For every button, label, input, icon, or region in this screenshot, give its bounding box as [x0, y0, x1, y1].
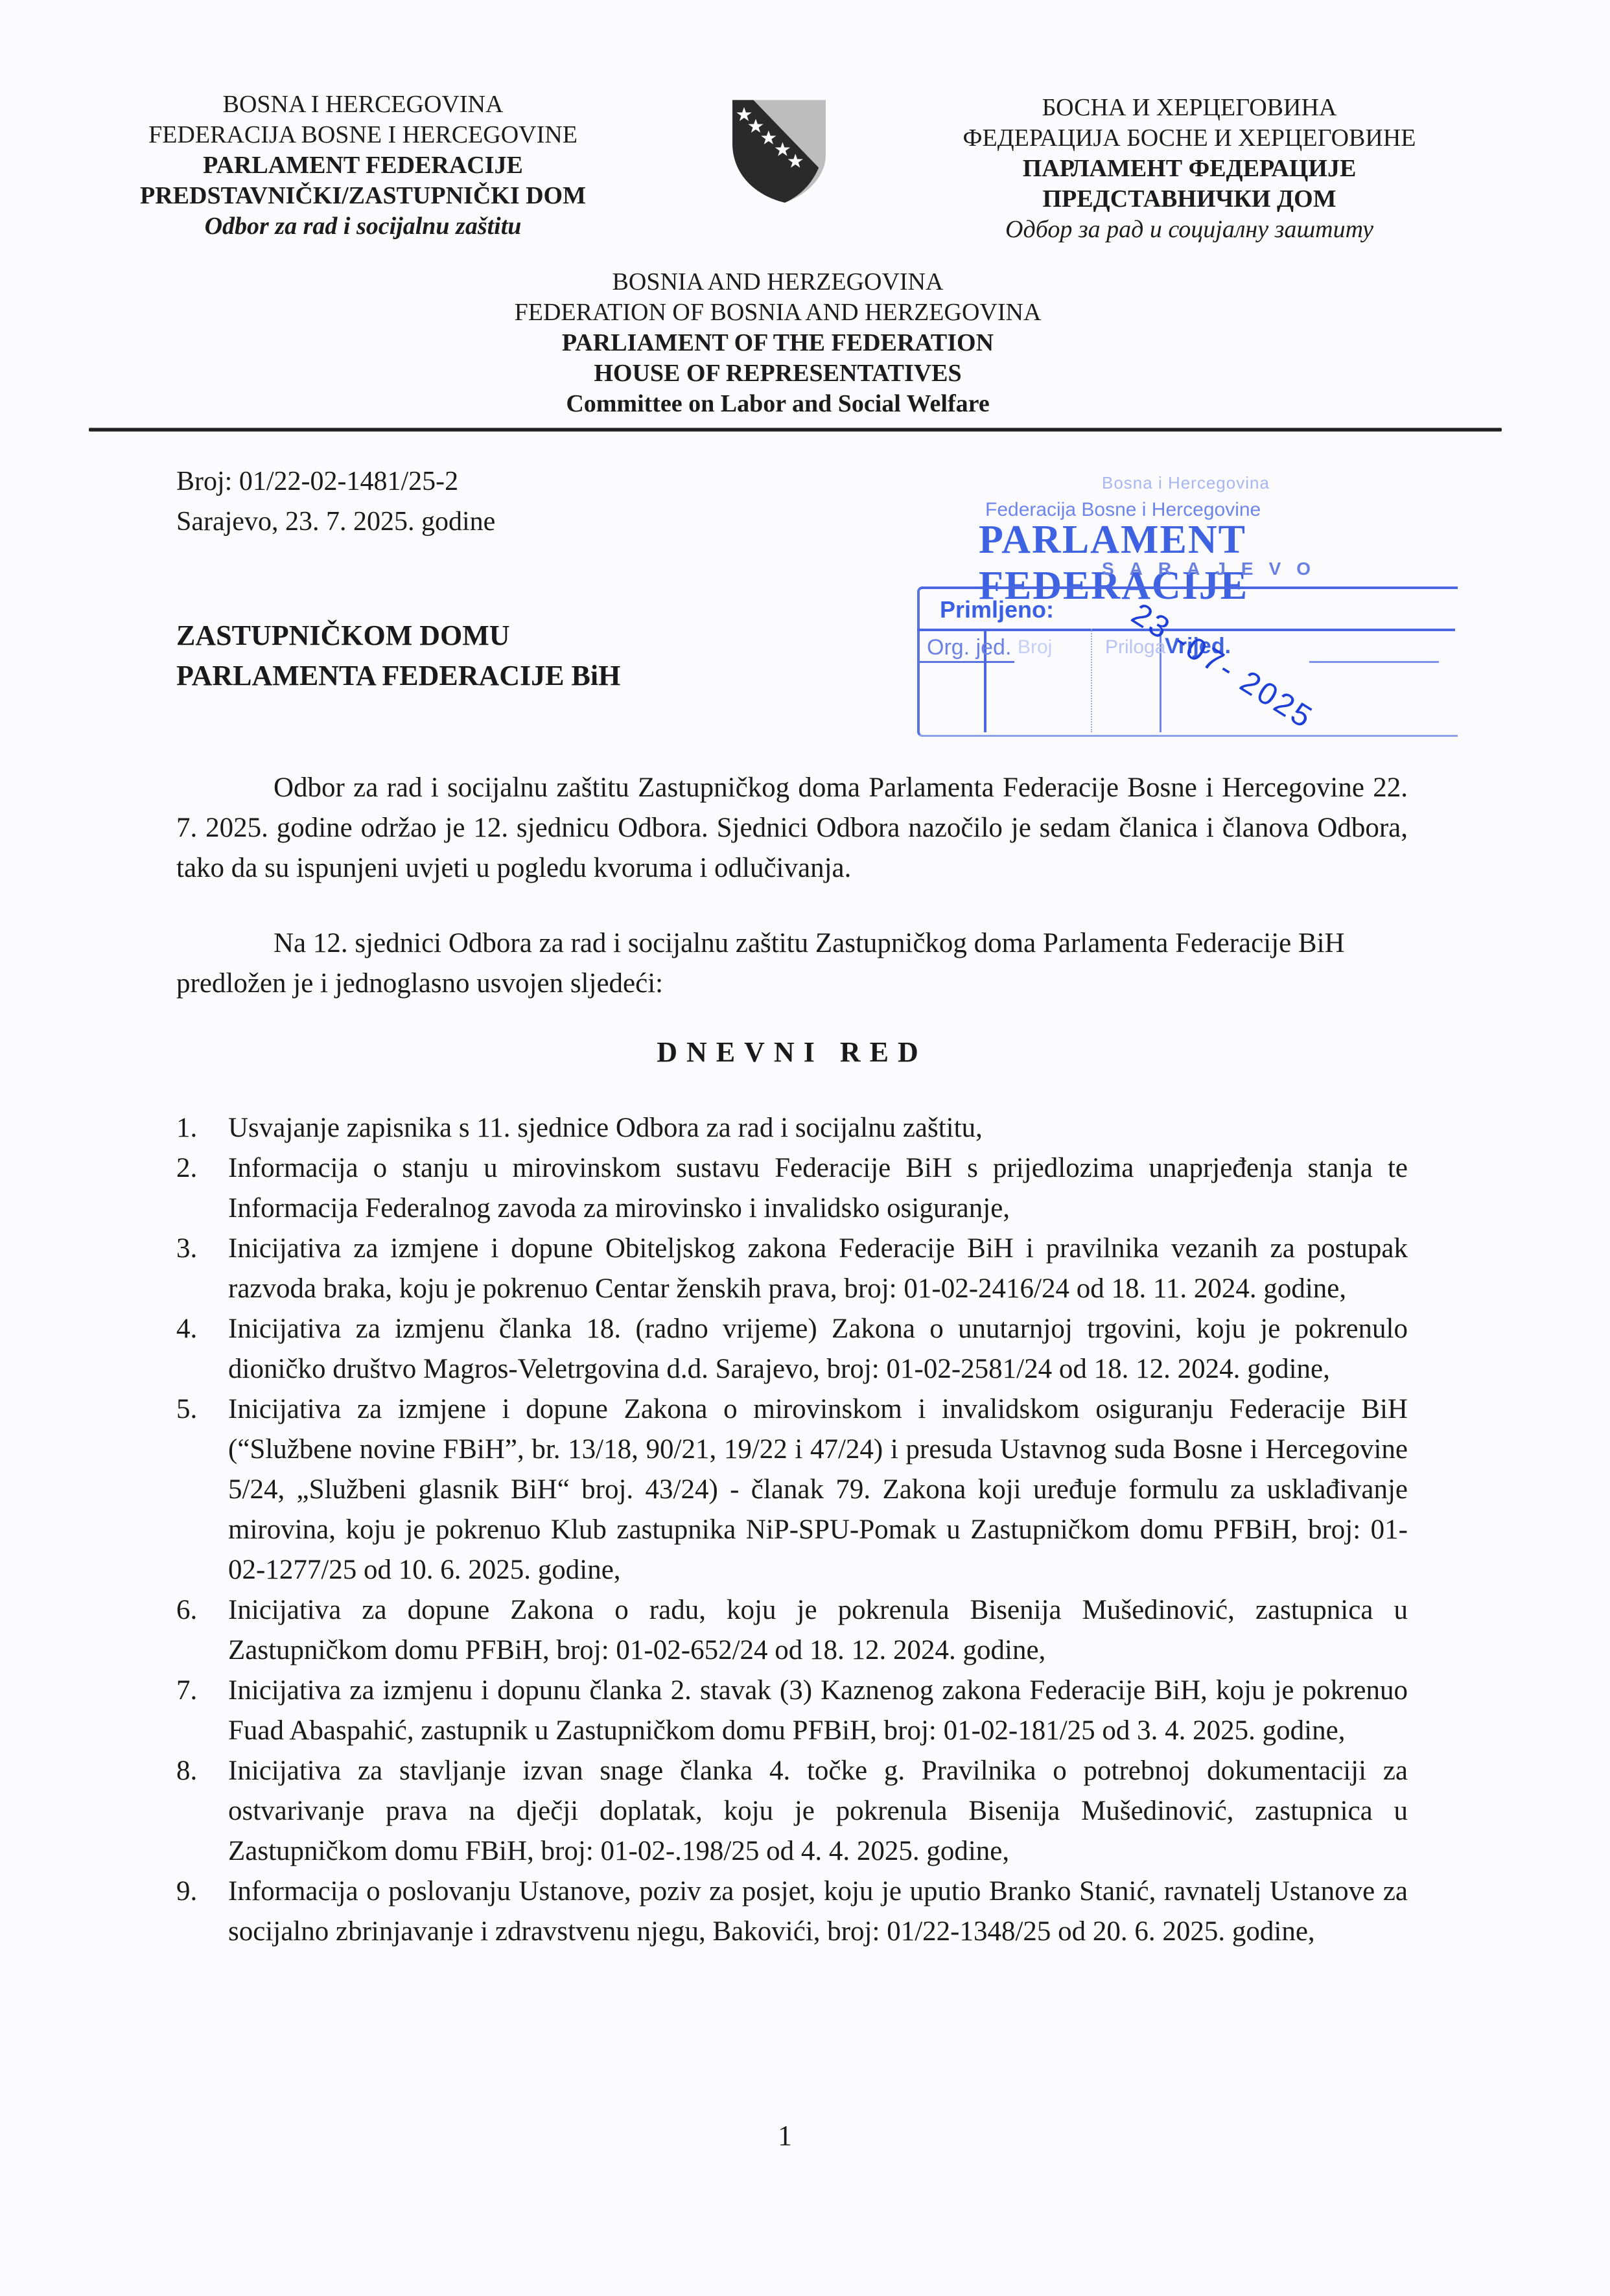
letterhead-country-en: BOSNIA AND HERZEGOVINA — [415, 267, 1141, 297]
stamp-country: Bosna i Hercegovina — [1102, 473, 1270, 493]
agenda-item-number: 9. — [176, 1872, 197, 1912]
received-stamp: Bosna i Hercegovina Federacija Bosne i H… — [907, 467, 1465, 739]
letterhead-committee-en: Committee on Labor and Social Welfare — [415, 389, 1141, 419]
addressee: ZASTUPNIČKOM DOMU PARLAMENTA FEDERACIJE … — [176, 616, 620, 696]
header-divider — [89, 428, 1502, 432]
agenda-title: DNEVNI RED — [176, 1036, 1408, 1069]
letterhead-house: PREDSTAVNIČKI/ZASTUPNIČKI DOM — [97, 181, 629, 211]
page-number: 1 — [778, 2119, 792, 2152]
letterhead-country-cyr: БОСНА И ХЕРЦЕГОВИНА — [914, 93, 1465, 123]
letterhead-latin: BOSNA I HERCEGOVINA FEDERACIJA BOSNE I H… — [97, 89, 629, 242]
letterhead-committee: Odbor za rad i socijalnu zaštitu — [97, 211, 629, 242]
reference-number: Broj: 01/22-02-1481/25-2 — [176, 461, 495, 502]
agenda-item-text: Inicijativa za izmjene i dopune Zakona o… — [228, 1394, 1408, 1585]
agenda-item: 5.Inicijativa za izmjene i dopune Zakona… — [176, 1389, 1408, 1590]
agenda-item-number: 6. — [176, 1590, 197, 1630]
agenda-item: 9.Informacija o poslovanju Ustanove, poz… — [176, 1872, 1408, 1952]
agenda-item-text: Inicijativa za izmjenu i dopunu članka 2… — [228, 1675, 1408, 1746]
letterhead-english: BOSNIA AND HERZEGOVINA FEDERATION OF BOS… — [415, 267, 1141, 419]
agenda-item-number: 5. — [176, 1389, 197, 1430]
letterhead-parliament: PARLAMENT FEDERACIJE — [97, 150, 629, 181]
letterhead-house-en: HOUSE OF REPRESENTATIVES — [415, 358, 1141, 389]
letterhead-house-cyr: ПРЕДСТАВНИЧКИ ДОМ — [914, 184, 1465, 215]
stamp-city: SARAJEVO — [1102, 559, 1326, 579]
letterhead-parliament-en: PARLIAMENT OF THE FEDERATION — [415, 328, 1141, 358]
agenda-item-number: 1. — [176, 1108, 197, 1148]
addressee-line1: ZASTUPNIČKOM DOMU — [176, 616, 620, 656]
agenda-item: 8.Inicijativa za stavljanje izvan snage … — [176, 1751, 1408, 1872]
agenda-item: 6.Inicijativa za dopune Zakona o radu, k… — [176, 1590, 1408, 1671]
letterhead-federation-en: FEDERATION OF BOSNIA AND HERZEGOVINA — [415, 297, 1141, 328]
agenda-intro-paragraph: Na 12. sjednici Odbora za rad i socijaln… — [176, 923, 1408, 1004]
agenda-item-text: Inicijativa za izmjenu članka 18. (radno… — [228, 1314, 1408, 1384]
agenda-item-text: Inicijativa za izmjene i dopune Obiteljs… — [228, 1233, 1408, 1304]
agenda-list: 1.Usvajanje zapisnika s 11. sjednice Odb… — [176, 1108, 1408, 1952]
agenda-item-number: 3. — [176, 1229, 197, 1269]
document-meta: Broj: 01/22-02-1481/25-2 Sarajevo, 23. 7… — [176, 461, 495, 542]
agenda-item: 3.Inicijativa za izmjene i dopune Obitel… — [176, 1229, 1408, 1309]
intro-paragraph: Odbor za rad i socijalnu zaštitu Zastupn… — [176, 768, 1408, 888]
agenda-item: 4.Inicijativa za izmjenu članka 18. (rad… — [176, 1309, 1408, 1389]
stamp-col-divider — [1091, 629, 1092, 732]
letterhead-parliament-cyr: ПАРЛАМЕНТ ФЕДЕРАЦИЈЕ — [914, 154, 1465, 184]
addressee-line2: PARLAMENTA FEDERACIJE BiH — [176, 656, 620, 696]
agenda-item-text: Informacija o poslovanju Ustanove, poziv… — [228, 1876, 1408, 1947]
agenda-item: 1.Usvajanje zapisnika s 11. sjednice Odb… — [176, 1108, 1408, 1148]
stamp-row-divider — [917, 661, 1014, 663]
stamp-col-org: Org. jed. — [927, 635, 1011, 660]
agenda-item-number: 2. — [176, 1148, 197, 1189]
agenda-item: 2.Informacija o stanju u mirovinskom sus… — [176, 1148, 1408, 1229]
letterhead-federation: FEDERACIJA BOSNE I HERCEGOVINE — [97, 120, 629, 150]
agenda-item-number: 8. — [176, 1751, 197, 1791]
agenda-item-number: 4. — [176, 1309, 197, 1349]
stamp-row-divider — [1309, 661, 1439, 663]
stamp-received-label: Primljeno: — [940, 596, 1054, 623]
agenda-item-text: Inicijativa za dopune Zakona o radu, koj… — [228, 1595, 1408, 1665]
agenda-item: 7.Inicijativa za izmjenu i dopunu članka… — [176, 1671, 1408, 1751]
agenda-item-text: Informacija o stanju u mirovinskom susta… — [228, 1153, 1408, 1223]
letterhead-cyrillic: БОСНА И ХЕРЦЕГОВИНА ФЕДЕРАЦИЈА БОСНЕ И Х… — [914, 93, 1465, 245]
document-date: Sarajevo, 23. 7. 2025. godine — [176, 502, 495, 542]
letterhead-federation-cyr: ФЕДЕРАЦИЈА БОСНЕ И ХЕРЦЕГОВИНЕ — [914, 123, 1465, 154]
letterhead-committee-cyr: Одбор за рад и социјалну заштиту — [914, 215, 1465, 245]
agenda-item-text: Usvajanje zapisnika s 11. sjednice Odbor… — [228, 1113, 983, 1143]
stamp-col-broj: Broj — [1018, 636, 1052, 658]
agenda-item-number: 7. — [176, 1671, 197, 1711]
coat-of-arms-icon — [721, 91, 837, 207]
letterhead-country: BOSNA I HERCEGOVINA — [97, 89, 629, 120]
agenda-item-text: Inicijativa za stavljanje izvan snage čl… — [228, 1756, 1408, 1866]
